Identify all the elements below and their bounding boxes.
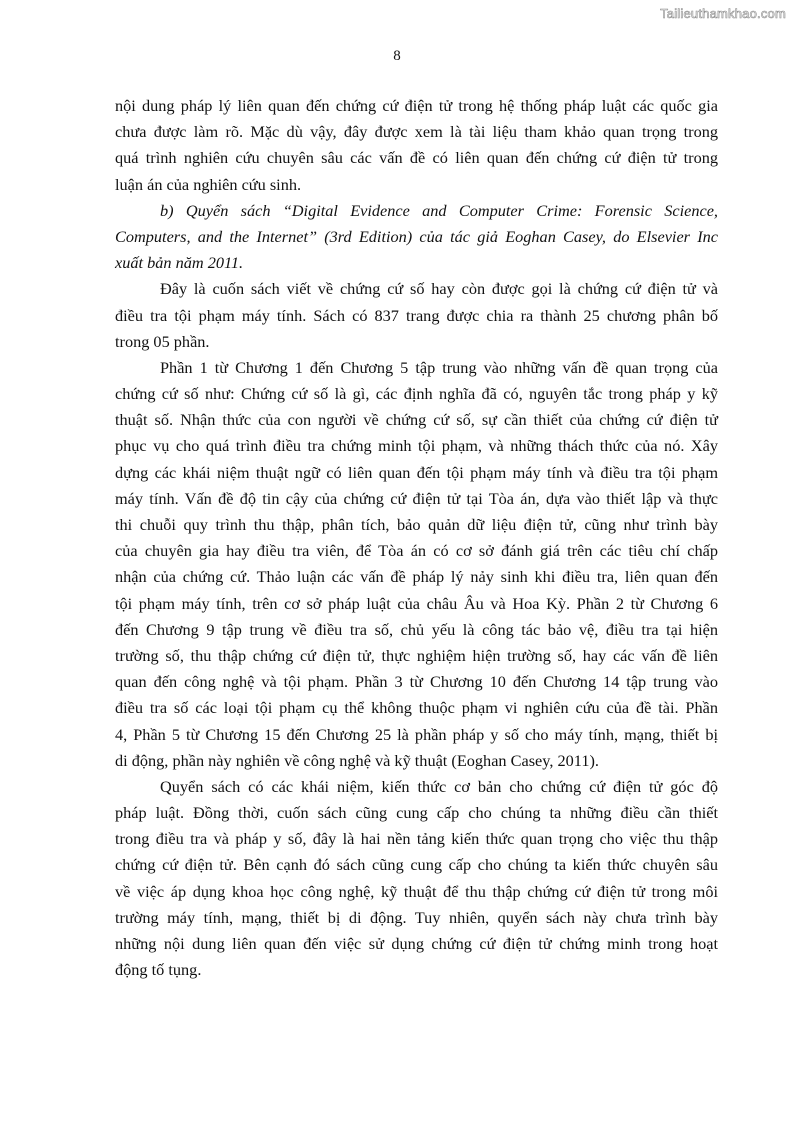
text-line: xuất bản năm 2011.: [115, 250, 718, 276]
book-title-heading: b) Quyển sách “Digital Evidence and Comp…: [115, 198, 718, 277]
text-line: chứng cứ số như: Chứng cứ số là gì, các …: [115, 381, 718, 407]
text-line: trong 05 phần.: [115, 329, 718, 355]
paragraph-continuation: nội dung pháp lý liên quan đến chứng cứ …: [115, 93, 718, 198]
text-line: của chuyên gia hay điều tra viên, để Tòa…: [115, 538, 718, 564]
text-line: trường máy tính, mạng, thiết bị di động.…: [115, 905, 718, 931]
text-line: động tố tụng.: [115, 957, 718, 983]
text-line: b) Quyển sách “Digital Evidence and Comp…: [115, 198, 718, 224]
text-line: Computers, and the Internet” (3rd Editio…: [115, 224, 718, 250]
text-line: 4, Phần 5 từ Chương 15 đến Chương 25 là …: [115, 722, 718, 748]
text-line: chưa được làm rõ. Mặc dù vậy, đây được x…: [115, 119, 718, 145]
text-line: về việc áp dụng khoa học công nghệ, kỹ t…: [115, 879, 718, 905]
paragraph-book-assessment: Quyển sách có các khái niệm, kiến thức c…: [115, 774, 718, 984]
text-line: những nội dung liên quan đến việc sử dụn…: [115, 931, 718, 957]
page-number: 8: [0, 48, 794, 65]
text-line: chứng cứ điện tử. Bên cạnh đó sách cũng …: [115, 852, 718, 878]
text-line: dựng các khái niệm thuật ngữ có liên qua…: [115, 460, 718, 486]
text-line: điều tra tội phạm máy tính. Sách có 837 …: [115, 303, 718, 329]
text-line: đến Chương 9 tập trung về điều tra số, c…: [115, 617, 718, 643]
text-line: phục vụ cho quá trình điều tra chứng min…: [115, 433, 718, 459]
text-line: thuật số. Nhận thức của con người về chứ…: [115, 407, 718, 433]
paragraph-book-overview: Đây là cuốn sách viết về chứng cứ số hay…: [115, 276, 718, 355]
text-line: pháp luật. Đồng thời, cuốn sách cũng cun…: [115, 800, 718, 826]
text-line: Đây là cuốn sách viết về chứng cứ số hay…: [115, 276, 718, 302]
text-line: di động, phần này nghiên về công nghệ và…: [115, 748, 718, 774]
text-line: nhận của chứng cứ. Thảo luận các vấn đề …: [115, 564, 718, 590]
document-body: nội dung pháp lý liên quan đến chứng cứ …: [115, 93, 718, 983]
text-line: thi chuỗi quy trình thu thập, phân tích,…: [115, 512, 718, 538]
paragraph-book-parts: Phần 1 từ Chương 1 đến Chương 5 tập trun…: [115, 355, 718, 774]
text-line: trong điều tra và pháp y số, đây là hai …: [115, 826, 718, 852]
text-line: tội phạm máy tính, trên cơ sở pháp luật …: [115, 591, 718, 617]
text-line: quan đến công nghệ và tội phạm. Phần 3 t…: [115, 669, 718, 695]
text-line: Quyển sách có các khái niệm, kiến thức c…: [115, 774, 718, 800]
text-line: điều tra số các loại tội phạm cụ thể khô…: [115, 695, 718, 721]
text-line: trường số, thu thập chứng cứ điện tử, th…: [115, 643, 718, 669]
text-line: Phần 1 từ Chương 1 đến Chương 5 tập trun…: [115, 355, 718, 381]
watermark-text: Tailieuthamkhao.com: [660, 6, 786, 21]
text-line: luận án của nghiên cứu sinh.: [115, 172, 718, 198]
text-line: quá trình nghiên cứu chuyên sâu các vấn …: [115, 145, 718, 171]
text-line: máy tính. Vấn đề độ tin cậy của chứng cứ…: [115, 486, 718, 512]
text-line: nội dung pháp lý liên quan đến chứng cứ …: [115, 93, 718, 119]
